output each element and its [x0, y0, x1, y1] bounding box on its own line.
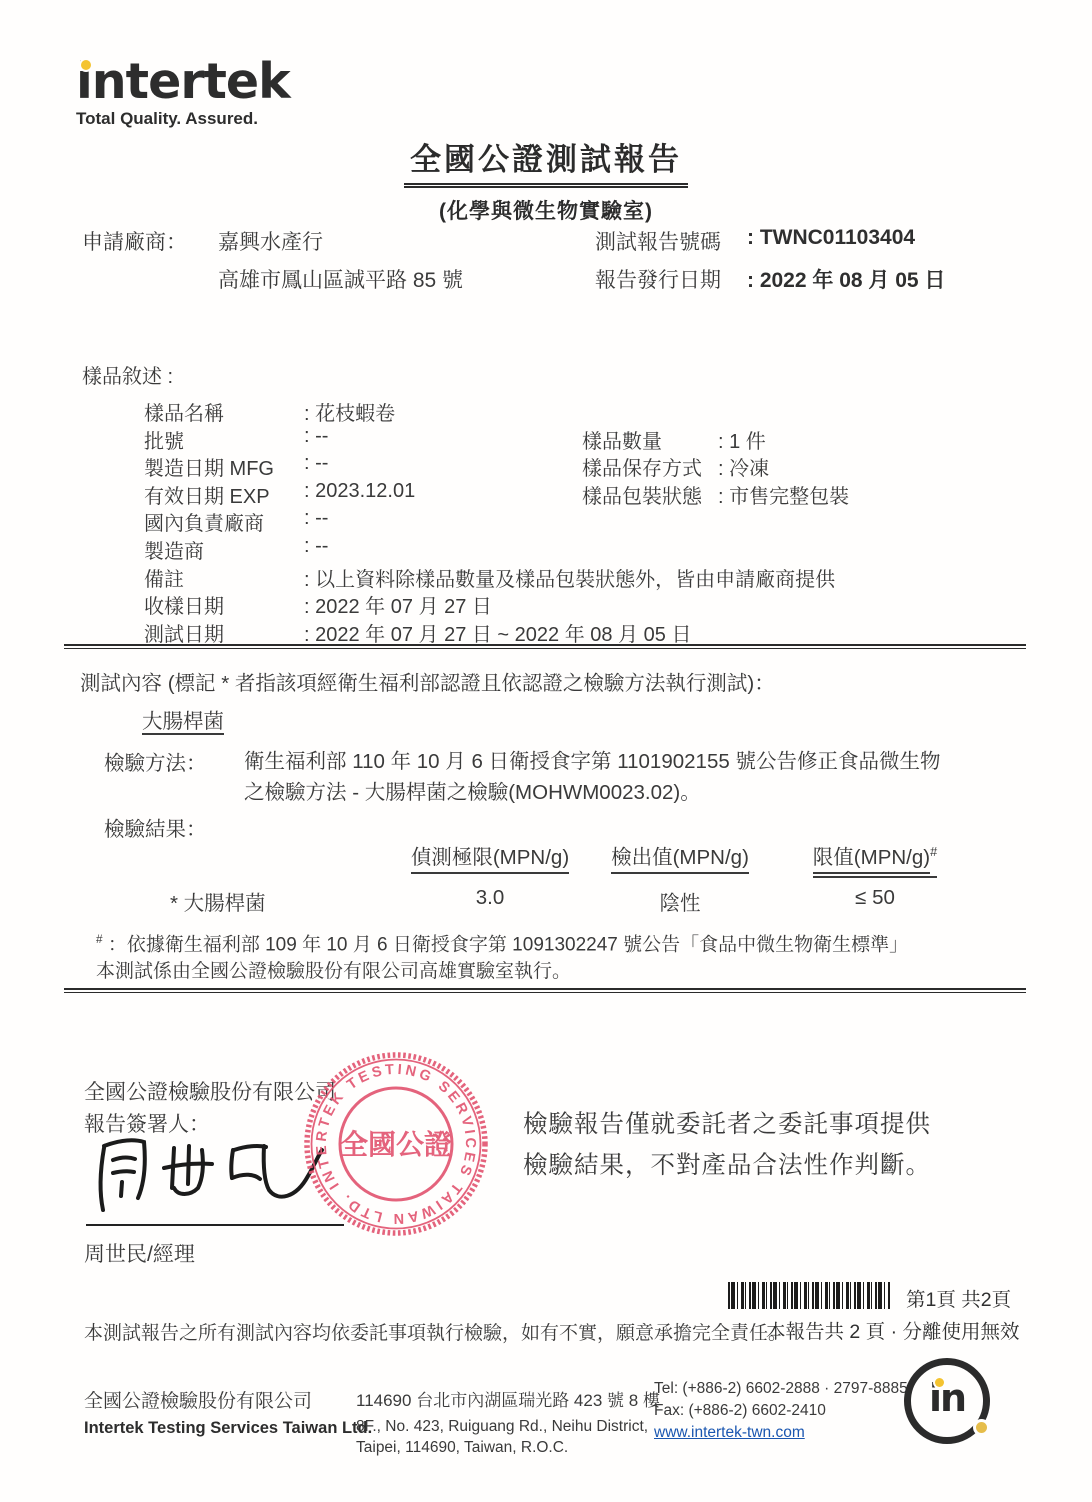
- bottom-note-left: 本測試報告之所有測試內容均依委託事項執行檢驗，如有不實，願意承擔完全責任。: [84, 1318, 787, 1345]
- company-stamp: INTERTEK TESTING SERVICES TAIWAN LTD. 全國…: [300, 1048, 492, 1240]
- footer-fax: Fax: (+886-2) 6602-2410: [654, 1400, 908, 1422]
- sample-row-value: : --: [304, 425, 328, 448]
- applicant-address: 高雄市鳳山區誠平路 85 號: [218, 264, 463, 294]
- signing-company: 全國公證檢驗股份有限公司: [84, 1076, 336, 1106]
- sample-row-value: : 花枝蝦卷: [304, 397, 395, 426]
- sample-row-label: 備註: [144, 563, 302, 592]
- table-cell-result: 陰性: [600, 886, 760, 916]
- page-number: 第1頁 共2頁: [906, 1284, 1011, 1312]
- sample-row-value: : --: [304, 535, 328, 558]
- issue-date-value: : 2022 年 08 月 05 日: [747, 264, 945, 294]
- test-content-block: 測試內容 (標記 * 者指該項經衛生福利部認證且依認證之檢驗方法執行測試)： 大…: [80, 666, 775, 734]
- applicant-label: 申請廠商：: [82, 226, 218, 256]
- signature: [86, 1126, 336, 1226]
- sample-row-right-value: : 冷凍: [718, 452, 769, 481]
- sample-row-label: 測試日期: [144, 618, 302, 647]
- sample-row-label: 製造日期 MFG: [144, 452, 302, 481]
- sample-row-right-label: 樣品保存方式: [582, 452, 718, 481]
- report-title: 全國公證測試報告: [404, 134, 688, 188]
- sample-row-right-label: 樣品包裝狀態: [582, 480, 718, 509]
- sample-row: 國內負責廠商 : --: [82, 507, 1022, 535]
- report-no-label: 測試報告號碼: [595, 226, 747, 256]
- sample-row-right-value: : 市售完整包裝: [718, 480, 849, 509]
- sample-row-value: : --: [304, 507, 328, 530]
- sample-row: 批號 : -- 樣品數量 : 1 件: [82, 425, 1022, 453]
- result-label: 檢驗結果：: [104, 812, 207, 842]
- sample-row-label: 製造商: [144, 535, 302, 564]
- sample-row: 有效日期 EXP : 2023.12.01 樣品包裝狀態 : 市售完整包裝: [82, 480, 1022, 508]
- method-line2: 之檢驗方法 - 大腸桿菌之檢驗(MOHWM0023.02)。: [244, 781, 701, 804]
- sample-heading: 樣品敘述 :: [82, 360, 1022, 389]
- footnote-line1: # ：依據衛生福利部 109 年 10 月 6 日衛授食字第 109130224…: [96, 926, 908, 958]
- footer-contact: Tel: (+886-2) 6602-2888 · 2797-8885 Fax:…: [654, 1378, 908, 1444]
- sample-row-right-value: : 1 件: [718, 425, 766, 454]
- sample-row-value: : 2023.12.01: [304, 480, 415, 503]
- section-divider: [64, 644, 1026, 649]
- logo-tagline: Total Quality. Assured.: [76, 109, 290, 129]
- footer-company-zh: 全國公證檢驗股份有限公司: [84, 1386, 372, 1413]
- intertek-logo: intertek Total Quality. Assured.: [76, 56, 290, 129]
- sample-row: 樣品名稱 : 花枝蝦卷: [82, 397, 1022, 425]
- roundel-yellow-rimdot: [976, 1422, 987, 1433]
- test-method-block: 檢驗方法： 衛生福利部 110 年 10 月 6 日衛授食字第 11019021…: [104, 746, 940, 808]
- footer-company-en: Intertek Testing Services Taiwan Ltd.: [84, 1419, 372, 1438]
- signer-name: 周世民/經理: [84, 1238, 195, 1268]
- sample-row-right-label: 樣品數量: [582, 425, 718, 454]
- footer-address: 114690 台北市內湖區瑞光路 423 號 8 樓 8F., No. 423,…: [356, 1386, 660, 1458]
- test-item-name: 大腸桿菌: [142, 704, 775, 734]
- disclaimer-line2: 檢驗結果，不對產品合法性作判斷。: [523, 1145, 931, 1186]
- issue-date-label: 報告發行日期: [595, 264, 747, 294]
- applicant-block: 申請廠商： 嘉興水產行 高雄市鳳山區誠平路 85 號: [82, 226, 463, 294]
- sample-section: 樣品敘述 : 樣品名稱 : 花枝蝦卷 批號 : -- 樣品數量 : 1 件 製造…: [82, 360, 1022, 645]
- table-header-result: 檢出值(MPN/g): [600, 840, 760, 874]
- method-line1: 衛生福利部 110 年 10 月 6 日衛授食字第 1101902155 號公告…: [244, 750, 940, 773]
- sample-row-value: : --: [304, 452, 328, 475]
- footer-address-en: 8F., No. 423, Ruiguang Rd., Neihu Distri…: [356, 1416, 660, 1458]
- footer-company: 全國公證檢驗股份有限公司 Intertek Testing Services T…: [84, 1386, 372, 1438]
- footer-website-link[interactable]: www.intertek-twn.com: [654, 1424, 805, 1441]
- stamp-center-text: 全國公證: [340, 1128, 452, 1160]
- sample-row-label: 批號: [144, 425, 302, 454]
- barcode: [728, 1282, 890, 1309]
- sample-row: 收樣日期 : 2022 年 07 月 27 日: [82, 590, 1022, 618]
- bottom-note-right: 本報告共 2 頁 · 分離使用無效: [766, 1316, 1020, 1344]
- report-subtitle: (化學與微生物實驗室): [0, 195, 1092, 225]
- report-meta-block: 測試報告號碼 : TWNC01103404 報告發行日期 : 2022 年 08…: [595, 226, 945, 302]
- table-header-lod: 偵測極限(MPN/g): [400, 840, 580, 874]
- roundel-yellow-idot: [935, 1378, 944, 1387]
- roundel-in-text: in: [911, 1379, 983, 1417]
- disclaimer-line1: 檢驗報告僅就委託者之委託事項提供: [523, 1104, 931, 1145]
- footnote-block: # ：依據衛生福利部 109 年 10 月 6 日衛授食字第 109130224…: [96, 926, 908, 985]
- sample-row-label: 收樣日期: [144, 590, 302, 619]
- table-header-limit: 限值(MPN/g)#: [790, 840, 960, 878]
- footnote-line2: 本測試係由全國公證檢驗股份有限公司高雄實驗室執行。: [96, 958, 908, 985]
- test-content-line: 測試內容 (標記 * 者指該項經衛生福利部認證且依認證之檢驗方法執行測試)：: [80, 666, 775, 696]
- report-page: intertek Total Quality. Assured. 全國公證測試報…: [0, 0, 1092, 1502]
- report-disclaimer: 檢驗報告僅就委託者之委託事項提供 檢驗結果，不對產品合法性作判斷。: [523, 1104, 931, 1186]
- intertek-roundel-icon: in: [904, 1358, 990, 1444]
- method-label: 檢驗方法：: [104, 746, 244, 808]
- sample-row-label: 有效日期 EXP: [144, 480, 302, 509]
- sample-row: 備註 : 以上資料除樣品數量及樣品包裝狀態外，皆由申請廠商提供: [82, 563, 1022, 591]
- sample-row: 製造日期 MFG : -- 樣品保存方式 : 冷凍: [82, 452, 1022, 480]
- sample-row-label: 樣品名稱: [144, 397, 302, 426]
- intertek-logo-wordmark: intertek: [76, 56, 290, 107]
- sample-row-value: : 2022 年 07 月 27 日 ~ 2022 年 08 月 05 日: [304, 618, 691, 647]
- footer-address-zh: 114690 台北市內湖區瑞光路 423 號 8 樓: [356, 1386, 660, 1411]
- table-cell-lod: 3.0: [400, 886, 580, 910]
- sample-row-value: : 以上資料除樣品數量及樣品包裝狀態外，皆由申請廠商提供: [304, 563, 835, 592]
- applicant-name: 嘉興水產行: [218, 226, 323, 256]
- sample-row: 測試日期 : 2022 年 07 月 27 日 ~ 2022 年 08 月 05…: [82, 618, 1022, 646]
- title-block: 全國公證測試報告 (化學與微生物實驗室): [0, 134, 1092, 225]
- footer-tel: Tel: (+886-2) 6602-2888 · 2797-8885: [654, 1378, 908, 1400]
- report-no-value: : TWNC01103404: [747, 226, 915, 256]
- section-divider: [64, 988, 1026, 993]
- sample-row-value: : 2022 年 07 月 27 日: [304, 590, 492, 619]
- table-cell-item: * 大腸桿菌: [170, 886, 266, 916]
- sample-row-label: 國內負責廠商: [144, 507, 302, 536]
- logo-brand-text: intertek: [76, 53, 290, 110]
- table-cell-limit: ≤ 50: [790, 886, 960, 910]
- logo-yellow-dot-icon: [81, 60, 91, 70]
- sample-row: 製造商 : --: [82, 535, 1022, 563]
